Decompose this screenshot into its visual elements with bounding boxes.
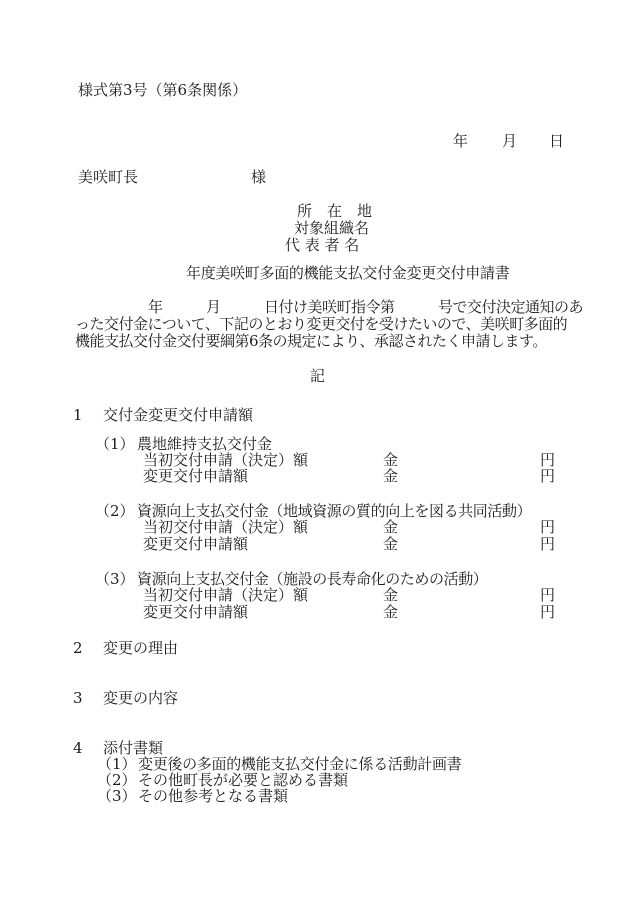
currency-en-label: 円 (540, 468, 555, 485)
date-year-label: 年 (453, 133, 468, 150)
form-number-label: 様式第3号（第6条関係） (78, 82, 247, 99)
subsection-2-number: （2） (95, 503, 135, 520)
section-2-title: 変更の理由 (103, 640, 178, 657)
attachment-item-3-text: その他参考となる書類 (138, 788, 288, 805)
body-paragraph-line-2: った交付金について、下記のとおり変更交付を受けたいので、美咲町多面的 (75, 316, 567, 333)
section-3-number: 3 (73, 690, 83, 707)
currency-kin-label: 金 (383, 587, 398, 604)
section-2-number: 2 (73, 640, 83, 657)
document-page: 様式第3号（第6条関係） 年 月 日 美咲町長 様 所 在 地 対象組織名 代 … (0, 0, 630, 903)
subsection-1-number: （1） (95, 436, 135, 453)
currency-en-label: 円 (540, 536, 555, 553)
initial-amount-label: 当初交付申請（決定）額 (143, 519, 308, 536)
currency-en-label: 円 (540, 519, 555, 536)
section-3-title: 変更の内容 (103, 690, 178, 707)
date-month-label: 月 (502, 133, 517, 150)
document-title: 年度美咲町多面的機能支払交付金変更交付申請書 (186, 265, 509, 282)
currency-en-label: 円 (540, 604, 555, 621)
currency-kin-label: 金 (383, 519, 398, 536)
changed-amount-label: 変更交付申請額 (143, 468, 248, 485)
applicant-representative-label: 代 表 者 名 (285, 237, 359, 254)
currency-en-label: 円 (540, 587, 555, 604)
changed-amount-label: 変更交付申請額 (143, 536, 248, 553)
body-paragraph-line-3: 機能支払交付金交付要綱第6条の規定により、承認されたく申請します。 (75, 333, 547, 350)
initial-amount-label: 当初交付申請（決定）額 (143, 587, 308, 604)
changed-amount-label: 変更交付申請額 (143, 604, 248, 621)
currency-kin-label: 金 (383, 536, 398, 553)
section-1-number: 1 (73, 407, 83, 424)
currency-kin-label: 金 (383, 468, 398, 485)
subsection-3-number: （3） (95, 571, 135, 588)
applicant-address-label: 所 在 地 (297, 203, 372, 220)
applicant-organization-label: 対象組織名 (294, 220, 369, 237)
attachment-item-3-number: （3） (97, 788, 137, 805)
date-day-label: 日 (549, 133, 564, 150)
addressee-name: 美咲町長 (78, 169, 138, 186)
section-4-number: 4 (73, 740, 83, 757)
record-marker: 記 (310, 368, 325, 385)
addressee-honorific: 様 (251, 169, 266, 186)
body-paragraph-line-1: 年 月 日付け美咲町指令第 号で交付決定通知のあ (148, 299, 583, 316)
currency-kin-label: 金 (383, 604, 398, 621)
section-1-title: 交付金変更交付申請額 (103, 407, 253, 424)
